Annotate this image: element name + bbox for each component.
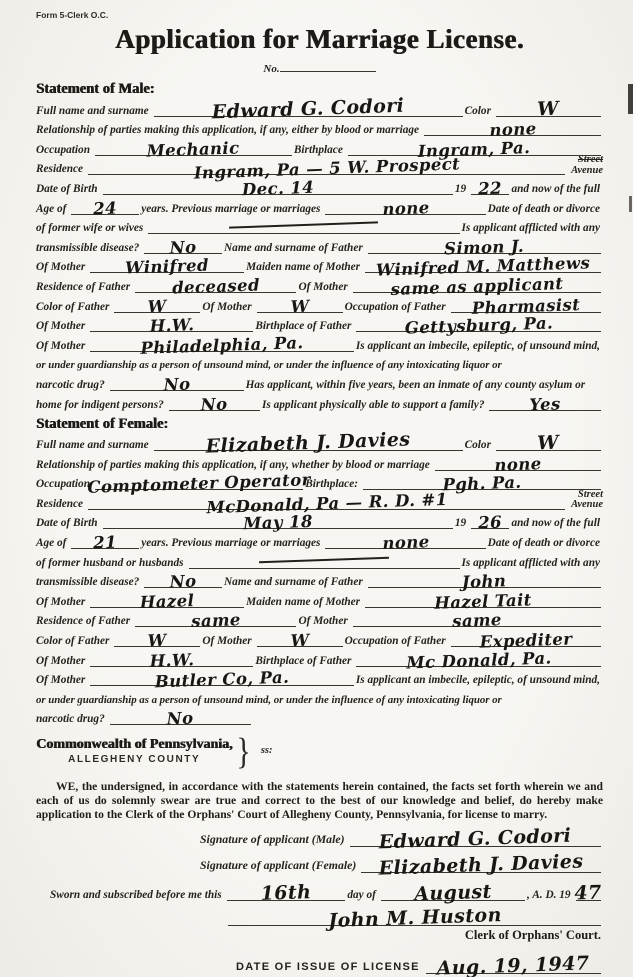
handwritten-value: 26	[478, 513, 502, 533]
fill-blank: Hazel Tait	[365, 593, 601, 608]
form-line: Age of21years. Previous marriage or marr…	[36, 530, 603, 550]
fill-blank: W	[257, 298, 343, 313]
sworn-day-blank: 16th	[227, 886, 346, 901]
strike-mark	[229, 222, 378, 229]
printed-label: Birthplace of Father	[255, 320, 354, 333]
handwritten-value: 24	[93, 198, 117, 218]
handwritten-value: Mechanic	[147, 138, 241, 160]
fill-blank: W	[496, 436, 601, 451]
handwritten-value: none	[494, 454, 542, 475]
printed-label: Birthplace	[294, 144, 346, 157]
license-number-blank	[280, 61, 376, 72]
fill-blank: H.W.	[90, 652, 253, 667]
printed-label: Age of	[36, 203, 69, 216]
handwritten-value: May 18	[243, 512, 313, 533]
printed-label: Name and surname of Father	[224, 242, 366, 255]
stack-word: Avenue	[571, 166, 603, 177]
printed-label: 19	[455, 183, 469, 196]
form-line: transmissible disease?NoName and surname…	[36, 570, 603, 590]
printed-label: Of Mother	[298, 615, 350, 628]
printed-label: Has applicant, within five years, been a…	[246, 379, 589, 392]
handwritten-value: Hazel Tait	[434, 590, 532, 612]
date-of-issue-handwriting: Aug. 19, 1947	[437, 952, 591, 977]
statement-of-female-heading: Statement of Female:	[36, 415, 603, 433]
form-line: ResidenceMcDonald, Pa — R. D. #1StreetAv…	[36, 491, 603, 511]
printed-label: Of Mother	[36, 674, 88, 687]
fill-blank: W	[114, 298, 200, 313]
printed-label: Is applicant an imbecile, epileptic, of …	[356, 674, 603, 687]
printed-label: years. Previous marriage or marriages	[141, 203, 323, 216]
printed-label: Full name and surname	[36, 105, 152, 118]
fill-blank: Gettysburg, Pa.	[356, 317, 601, 332]
fill-blank: Elizabeth J. Davies	[154, 436, 463, 451]
crossed-out-blank	[148, 219, 459, 234]
printed-label: years. Previous marriage or marriages	[141, 537, 323, 550]
jurat-heading: Commonwealth of Pennsylvania, ALLEGHENY …	[36, 737, 603, 773]
scanned-marriage-license-form: Form 5-Clerk O.C. Application for Marria…	[0, 0, 633, 977]
sworn-month-blank: August	[381, 886, 525, 901]
fill-blank: 24	[71, 200, 139, 215]
fill-blank: Edward G. Codori	[154, 102, 463, 117]
printed-label: and now of the full	[511, 183, 603, 196]
printed-label: Of Mother	[202, 635, 254, 648]
printed-label: Occupation of Father	[345, 635, 449, 648]
date-of-issue-blank: Aug. 19, 1947	[426, 959, 601, 974]
handwritten-value: 22	[478, 179, 502, 199]
fill-blank: Hazel	[90, 593, 244, 608]
handwritten-value: W	[290, 631, 310, 651]
sworn-year-blank: 47	[576, 886, 601, 901]
commonwealth-label: Commonwealth of Pennsylvania,	[36, 737, 232, 752]
printed-label: and now of the full	[511, 517, 603, 530]
form-line: Date of BirthMay 181926and now of the fu…	[36, 511, 603, 531]
fill-blank: Ingram, Pa — 5 W. Prospect	[88, 160, 565, 175]
fill-blank: none	[325, 534, 485, 549]
printed-label: Birthplace of Father	[255, 655, 354, 668]
handwritten-value: none	[382, 532, 430, 553]
handwritten-value: 21	[93, 533, 117, 553]
ss-abbreviation: ss:	[261, 745, 273, 756]
printed-label: Residence	[36, 498, 86, 511]
form-line: Color of FatherWOf MotherWOccupation of …	[36, 294, 603, 314]
handwritten-value: same	[191, 611, 241, 632]
printed-label: Is applicant physically able to support …	[262, 399, 488, 412]
form-line: Relationship of parties making this appl…	[36, 118, 603, 138]
county-label: ALLEGHENY COUNTY	[36, 754, 232, 765]
fill-blank: Yes	[489, 396, 601, 411]
handwritten-value: W	[537, 97, 560, 120]
fill-blank: W	[496, 102, 601, 117]
form-line: narcotic drug?No	[36, 707, 603, 727]
form-line: or under guardianship as a person of uns…	[36, 353, 603, 373]
printed-label: Occupation	[36, 478, 93, 491]
scan-edge-artifact	[629, 196, 632, 212]
printed-label: Color of Father	[36, 635, 112, 648]
statement-of-male-section: Full name and surnameEdward G. CodoriCol…	[36, 98, 603, 412]
fill-blank: No	[144, 573, 222, 588]
form-line: of former husband or husbandsIs applican…	[36, 550, 603, 570]
fill-blank: Winifred	[90, 258, 244, 273]
form-line: Residence of FathersameOf Mothersame	[36, 609, 603, 629]
fill-blank: No	[110, 710, 251, 725]
fill-blank: Pgh. Pa.	[363, 475, 601, 490]
printed-label: Name and surname of Father	[224, 576, 366, 589]
fill-blank: none	[325, 200, 485, 215]
handwritten-value: No	[167, 709, 195, 729]
form-number: Form 5-Clerk O.C.	[36, 10, 603, 20]
printed-label: Age of	[36, 537, 69, 550]
oath-paragraph: WE, the undersigned, in accordance with …	[36, 780, 603, 821]
printed-label: Of Mother	[202, 301, 254, 314]
handwritten-value: H.W.	[149, 315, 194, 336]
fill-blank: 22	[471, 180, 509, 195]
printed-label: Color of Father	[36, 301, 112, 314]
printed-label: Of Mother	[36, 261, 88, 274]
printed-label: Date of Birth	[36, 517, 101, 530]
printed-label: 19	[455, 517, 469, 530]
printed-label: of former wife or wives	[36, 222, 146, 235]
form-line: Of MotherH.W.Birthplace of FatherMc Dona…	[36, 648, 603, 668]
handwritten-value: Simon J.	[444, 236, 524, 258]
fill-blank: Comptometer Operator	[95, 475, 303, 490]
strike-mark	[259, 556, 389, 563]
printed-label: Maiden name of Mother	[246, 261, 363, 274]
handwritten-value: No	[169, 572, 197, 592]
printed-label: Of Mother	[36, 655, 88, 668]
ad-year-label: , A. D. 19	[527, 889, 574, 902]
printed-label: of former husband or husbands	[36, 557, 187, 570]
printed-label: Maiden name of Mother	[246, 596, 363, 609]
street-avenue-label: StreetAvenue	[571, 490, 603, 511]
fill-blank: H.W.	[90, 317, 253, 332]
fill-blank: W	[257, 632, 343, 647]
brace-glyph: }	[236, 734, 250, 772]
date-of-issue-line: DATE OF ISSUE OF LICENSE Aug. 19, 1947	[236, 947, 603, 975]
fill-blank: McDonald, Pa — R. D. #1	[88, 495, 565, 510]
form-line: Residence of FatherdeceasedOf Mothersame…	[36, 274, 603, 294]
fill-blank: same	[135, 612, 296, 627]
fill-blank: 26	[471, 514, 509, 529]
fill-blank: Expediter	[451, 632, 601, 647]
fill-blank: deceased	[135, 278, 296, 293]
fill-blank: same	[353, 612, 601, 627]
handwritten-value: No	[169, 237, 197, 257]
printed-label: Residence of Father	[36, 615, 133, 628]
stack-word: Avenue	[571, 500, 603, 511]
fill-blank: none	[435, 456, 601, 471]
spacer	[255, 711, 601, 725]
printed-label: Of Mother	[36, 596, 88, 609]
sworn-day-handwriting: 16th	[260, 881, 311, 905]
form-line: Full name and surnameElizabeth J. Davies…	[36, 433, 603, 453]
handwritten-value: Hazel	[140, 591, 195, 612]
printed-label: Occupation	[36, 144, 93, 157]
form-line: transmissible disease?NoName and surname…	[36, 235, 603, 255]
sworn-month-handwriting: August	[414, 880, 492, 905]
license-number-line: No.	[36, 59, 603, 76]
form-line: OccupationMechanicBirthplaceIngram, Pa.	[36, 137, 603, 157]
printed-label: Color	[465, 105, 494, 118]
male-signature-blank: Edward G. Codori	[350, 832, 601, 847]
handwritten-value: John	[462, 571, 507, 592]
form-line: Date of BirthDec. 141922and now of the f…	[36, 176, 603, 196]
printed-label: Is applicant afflicted with any	[462, 557, 604, 570]
male-signature-line: Signature of applicant (Male) Edward G. …	[200, 822, 603, 848]
street-avenue-label: StreetAvenue	[571, 155, 603, 176]
male-signature-label: Signature of applicant (Male)	[200, 832, 348, 848]
day-of-label: day of	[347, 889, 379, 902]
printed-label: Relationship of parties making this appl…	[36, 124, 422, 137]
printed-label: narcotic drug?	[36, 379, 108, 392]
handwritten-value: W	[148, 296, 168, 316]
printed-label: or under guardianship as a person of uns…	[36, 694, 505, 707]
printed-label: Residence	[36, 163, 86, 176]
fill-blank: No	[144, 239, 222, 254]
printed-label: Of Mother	[36, 340, 88, 353]
form-line: Age of24years. Previous marriage or marr…	[36, 196, 603, 216]
sworn-year-handwriting: 47	[574, 881, 602, 904]
handwritten-value: Expediter	[479, 629, 572, 651]
sworn-line: Sworn and subscribed before me this 16th…	[50, 875, 603, 902]
clerk-signature-line: John M. Huston	[226, 902, 603, 927]
form-line: ResidenceIngram, Pa — 5 W. ProspectStree…	[36, 157, 603, 177]
crossed-out-blank	[189, 554, 460, 569]
printed-label: Relationship of parties making this appl…	[36, 459, 433, 472]
form-line: Of MotherHazelMaiden name of MotherHazel…	[36, 589, 603, 609]
handwritten-value: Yes	[529, 394, 561, 414]
fill-blank: Ingram, Pa.	[348, 141, 601, 156]
printed-label: Is applicant an imbecile, epileptic, of …	[356, 340, 603, 353]
fill-blank: W	[114, 632, 200, 647]
handwritten-value: W	[290, 296, 310, 316]
form-line: narcotic drug?NoHas applicant, within fi…	[36, 372, 603, 392]
form-line: Of MotherH.W.Birthplace of FatherGettysb…	[36, 314, 603, 334]
fill-blank: Winifred M. Matthews	[365, 258, 601, 273]
form-line: or under guardianship as a person of uns…	[36, 687, 603, 707]
handwritten-value: No	[201, 394, 229, 414]
statement-of-female-section: Full name and surnameElizabeth J. Davies…	[36, 433, 603, 727]
clerk-signature-blank: John M. Huston	[228, 911, 601, 926]
fill-blank: Mc Donald, Pa.	[356, 652, 601, 667]
printed-label: narcotic drug?	[36, 713, 108, 726]
fill-blank: Butler Co, Pa.	[90, 671, 354, 686]
form-line: Full name and surnameEdward G. CodoriCol…	[36, 98, 603, 118]
fill-blank: No	[110, 376, 244, 391]
jurisdiction-block: Commonwealth of Pennsylvania, ALLEGHENY …	[36, 737, 232, 765]
handwritten-value: deceased	[172, 275, 260, 297]
printed-label: Date of death or divorce	[488, 537, 603, 550]
fill-blank: John	[368, 573, 601, 588]
printed-label: or under guardianship as a person of uns…	[36, 359, 505, 372]
printed-label: Of Mother	[298, 281, 350, 294]
form-line: Relationship of parties making this appl…	[36, 452, 603, 472]
handwritten-value: W	[148, 631, 168, 651]
printed-label: transmissible disease?	[36, 242, 142, 255]
date-of-issue-label: DATE OF ISSUE OF LICENSE	[236, 961, 424, 975]
fill-blank: Pharmasist	[451, 298, 601, 313]
handwritten-value: Pgh. Pa.	[442, 473, 522, 495]
form-line: Of MotherWinifredMaiden name of MotherWi…	[36, 255, 603, 275]
printed-label: Color	[465, 439, 494, 452]
form-line: OccupationComptometer OperatorBirthplace…	[36, 472, 603, 492]
page-title: Application for Marriage License.	[36, 23, 603, 56]
handwritten-value: H.W.	[149, 650, 194, 671]
fill-blank: none	[424, 121, 601, 136]
printed-label: Is applicant afflicted with any	[462, 222, 604, 235]
fill-blank: 21	[71, 534, 139, 549]
form-line: Of MotherButler Co, Pa.Is applicant an i…	[36, 668, 603, 688]
printed-label: Residence of Father	[36, 281, 133, 294]
fill-blank: Dec. 14	[103, 180, 453, 195]
handwritten-value: Dec. 14	[241, 178, 314, 200]
form-line: Color of FatherWOf MotherWOccupation of …	[36, 628, 603, 648]
fill-blank: No	[169, 396, 260, 411]
printed-label: Of Mother	[36, 320, 88, 333]
printed-label: Date of Birth	[36, 183, 101, 196]
handwritten-value: No	[163, 374, 191, 394]
handwritten-value: Winifred	[125, 256, 209, 278]
fill-blank: Mechanic	[95, 141, 292, 156]
clerk-title-label: Clerk of Orphans' Court.	[36, 928, 601, 943]
female-signature-label: Signature of applicant (Female)	[200, 858, 359, 874]
printed-label: Full name and surname	[36, 439, 152, 452]
statement-of-male-heading: Statement of Male:	[36, 80, 603, 98]
sworn-prefix-label: Sworn and subscribed before me this	[50, 889, 225, 902]
handwritten-value: W	[537, 432, 560, 455]
form-line: Of MotherPhiladelphia, Pa.Is applicant a…	[36, 333, 603, 353]
handwritten-value: same	[452, 611, 502, 632]
printed-label: Date of death or divorce	[488, 203, 603, 216]
form-line: home for indigent persons?NoIs applicant…	[36, 392, 603, 412]
handwritten-value: none	[382, 198, 430, 219]
fill-blank: same as applicant	[353, 278, 601, 293]
fill-blank: May 18	[103, 514, 453, 529]
scan-edge-artifact	[628, 84, 633, 114]
fill-blank: Philadelphia, Pa.	[90, 337, 354, 352]
printed-label: Occupation of Father	[345, 301, 449, 314]
printed-label: transmissible disease?	[36, 576, 142, 589]
printed-label: home for indigent persons?	[36, 399, 167, 412]
license-number-label: No.	[263, 63, 279, 75]
printed-label: Birthplace:	[305, 478, 361, 491]
form-line: of former wife or wivesIs applicant affl…	[36, 216, 603, 236]
handwritten-value: none	[489, 119, 537, 140]
female-signature-blank: Elizabeth J. Davies	[361, 858, 601, 873]
fill-blank: Simon J.	[368, 239, 601, 254]
